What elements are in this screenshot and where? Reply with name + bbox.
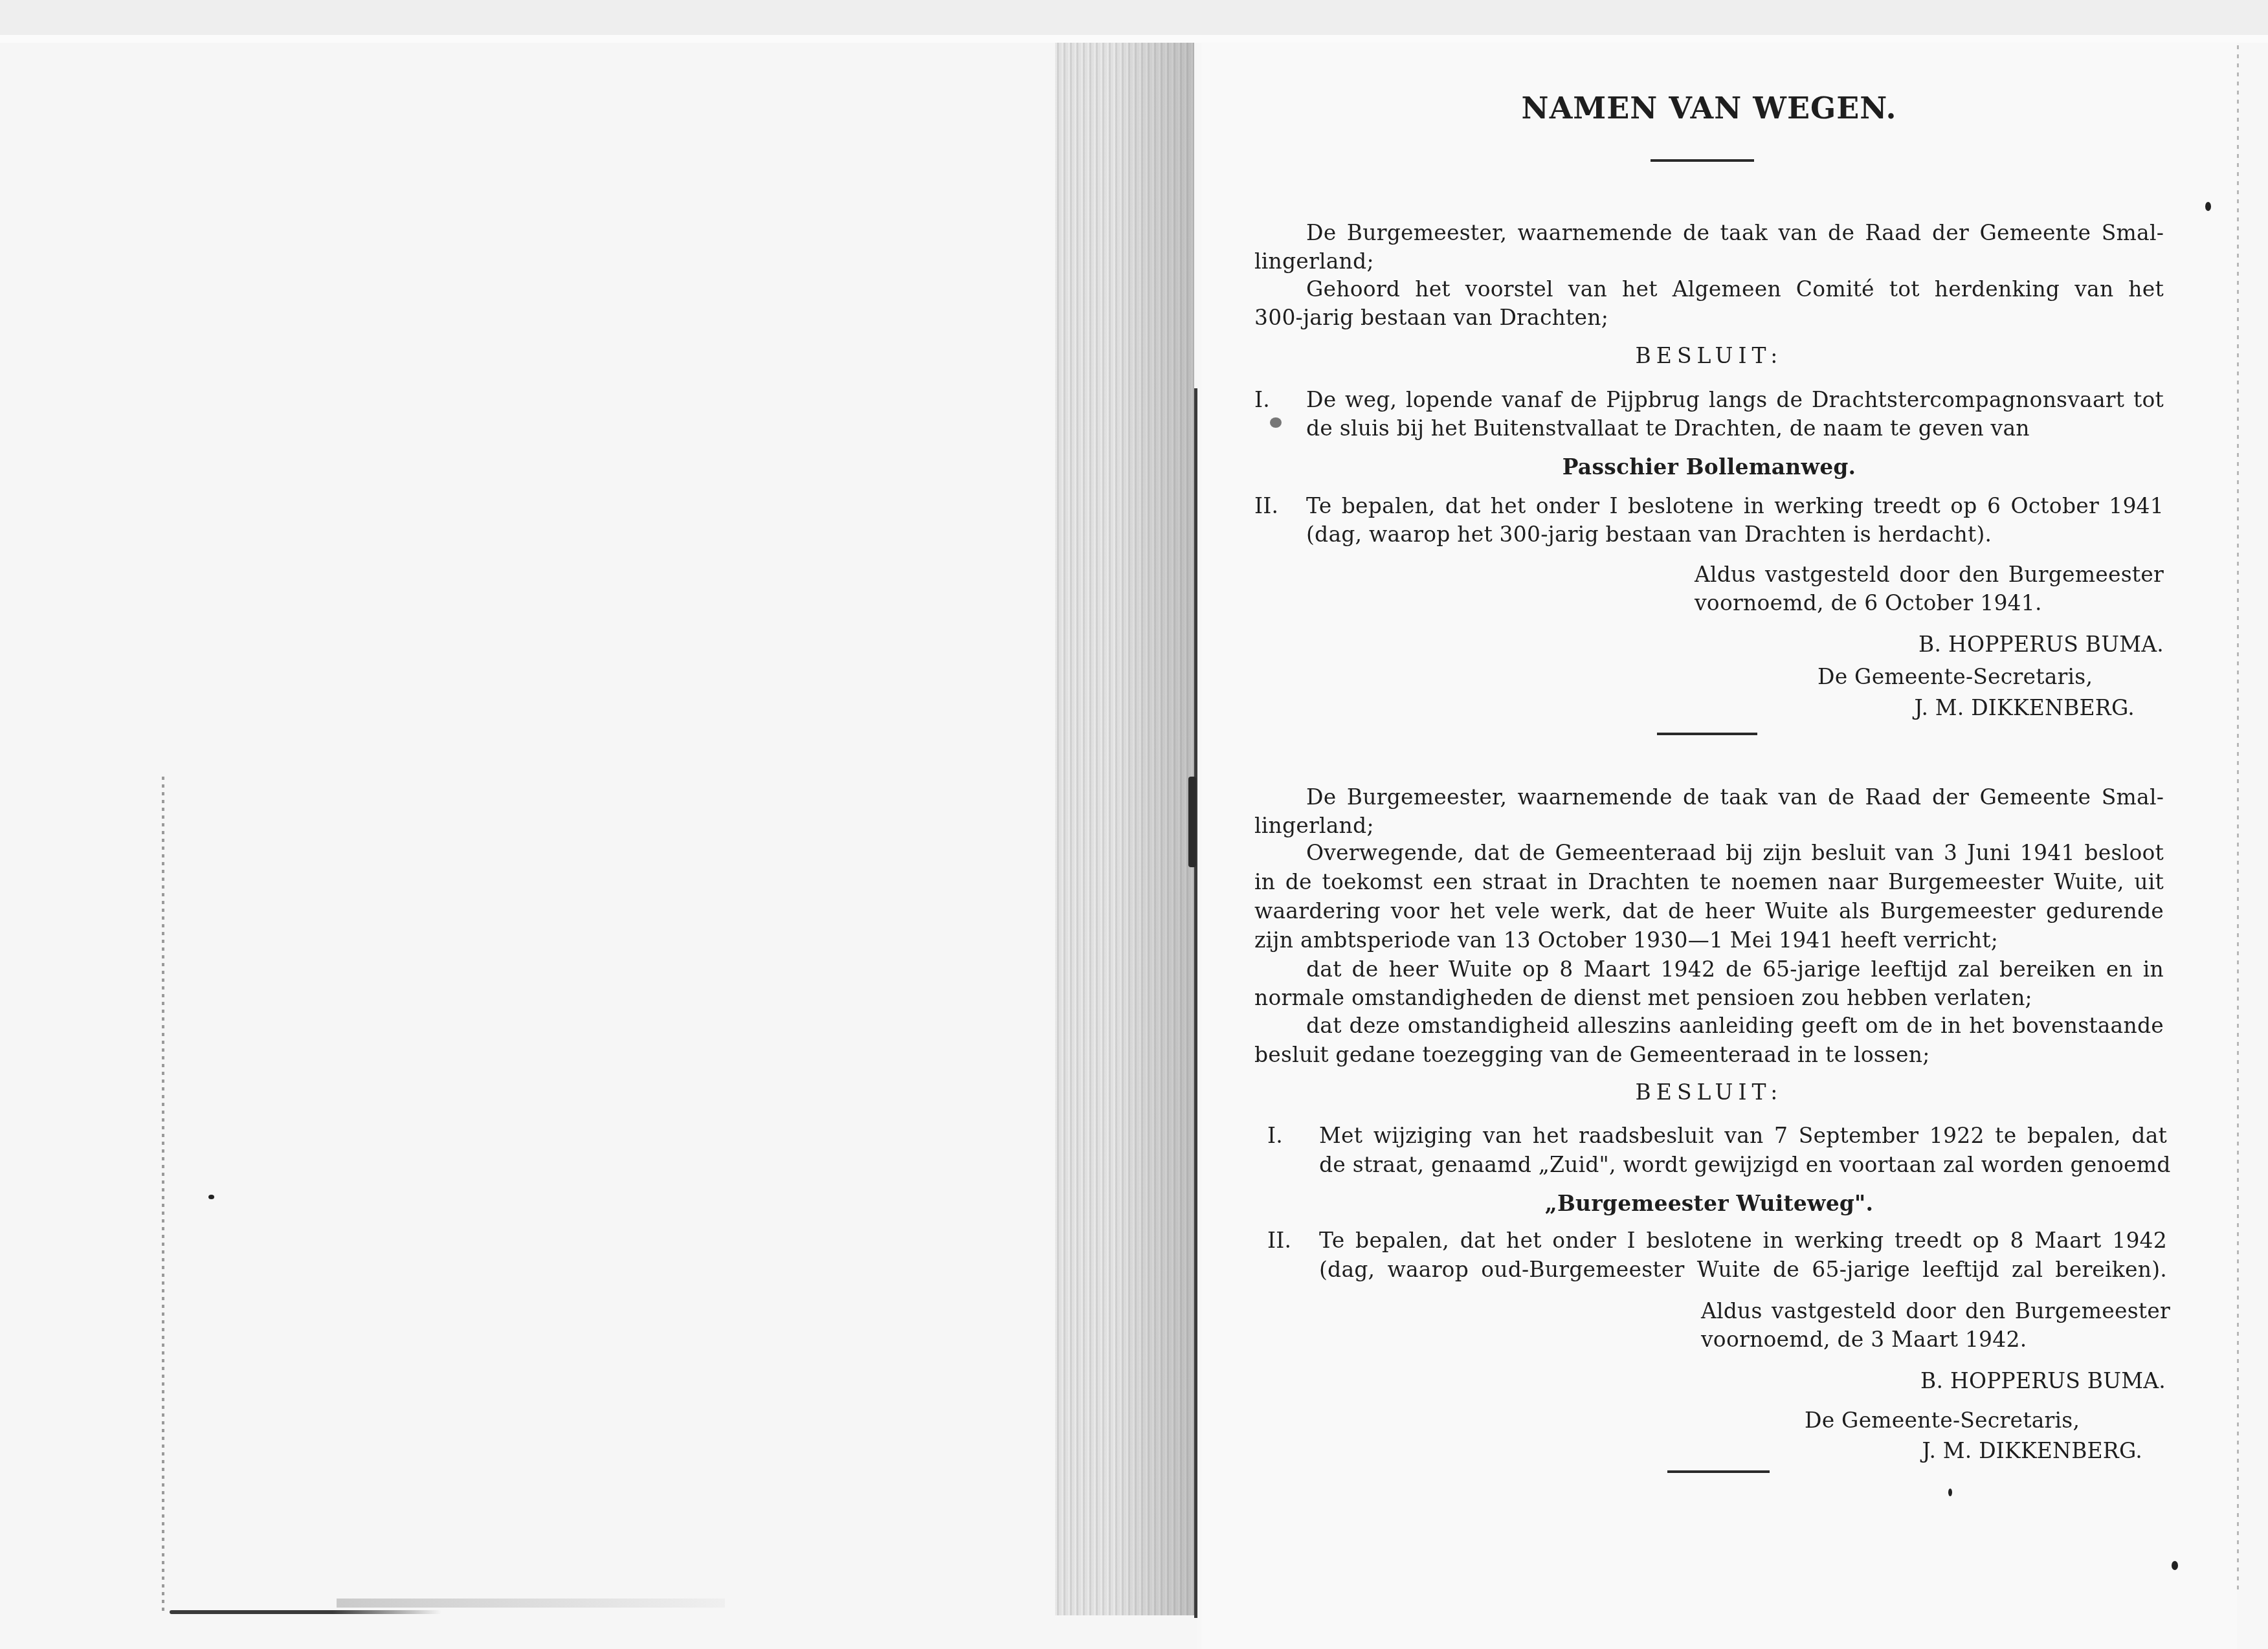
left-page-bottom-line: [170, 1610, 441, 1614]
closing-rule: [1667, 1470, 1770, 1473]
enacted-line: Aldus vastgesteld door den Burgemeester: [1695, 560, 2164, 589]
item-line: de sluis bij het Buitenstvallaat te Drac…: [1306, 414, 2164, 443]
page-title: NAMEN VAN WEGEN.: [1254, 91, 2164, 126]
title-rule: [1651, 159, 1754, 162]
preamble-line: besluit gedane toezegging van de Gemeent…: [1254, 1041, 2164, 1069]
item-number: II.: [1267, 1226, 1319, 1255]
secretary-title: De Gemeente-Secretaris,: [1805, 1406, 2128, 1435]
item-line: Te bepalen, dat het onder I beslotene in…: [1319, 1226, 2167, 1255]
book-spine-edge: [1194, 388, 1197, 1618]
left-page-border-line: [162, 777, 164, 1611]
road-name: „Burgemeester Wuiteweg".: [1254, 1190, 2164, 1218]
preamble-line: 300-jarig bestaan van Drachten;: [1254, 304, 2164, 332]
mayor-signature: B. HOPPERUS BUMA.: [1254, 1367, 2166, 1395]
speck: [208, 1195, 214, 1199]
secretary-signature: J. M. DIKKENBERG.: [1254, 1437, 2142, 1465]
item-line: De weg, lopende vanaf de Pijpbrug langs …: [1306, 386, 2164, 414]
item-number: I.: [1267, 1122, 1319, 1150]
enacted-line: Aldus vastgesteld door den Burgemeester: [1701, 1297, 2170, 1325]
preamble-line: dat de heer Wuite op 8 Maart 1942 de 65-…: [1254, 955, 2164, 984]
item-number: I.: [1254, 386, 1306, 414]
besluit-heading: BESLUIT:: [1254, 342, 2164, 370]
preamble-line: Overwegende, dat de Gemeenteraad bij zij…: [1254, 839, 2164, 867]
speck: [1948, 1489, 1952, 1496]
item-line: de straat, genaamd „Zuid", wordt gewijzi…: [1319, 1151, 2167, 1179]
preamble-line: normale omstandigheden de dienst met pen…: [1254, 984, 2164, 1012]
item-line: Met wijziging van het raadsbesluit van 7…: [1319, 1122, 2167, 1150]
preamble-line: lingerland;: [1254, 247, 2164, 276]
secretary-signature: J. M. DIKKENBERG.: [1254, 694, 2135, 722]
enacted-line: voornoemd, de 3 Maart 1942.: [1701, 1325, 2170, 1354]
item-line: (dag, waarop het 300-jarig bestaan van D…: [1306, 520, 2164, 549]
preamble-line: De Burgemeester, waarnemende de taak van…: [1254, 219, 2164, 247]
scan-top-band: [0, 0, 2268, 35]
mayor-signature: B. HOPPERUS BUMA.: [1254, 630, 2164, 659]
item-line: Te bepalen, dat het onder I beslotene in…: [1306, 492, 2164, 520]
speck: [2205, 202, 2211, 211]
spine-tear-mark: [1188, 777, 1196, 867]
punch-hole-mark: [1270, 417, 1282, 428]
preamble-line: lingerland;: [1254, 812, 2164, 840]
left-page-smudge: [337, 1599, 725, 1608]
preamble-line: zijn ambtsperiode van 13 October 1930—1 …: [1254, 926, 2164, 955]
right-page-edge: [2237, 45, 2239, 1592]
section-rule: [1657, 733, 1757, 735]
book-spine-gradient: [1113, 43, 1194, 1615]
preamble-line: De Burgemeester, waarnemende de taak van…: [1254, 783, 2164, 812]
besluit-heading: BESLUIT:: [1254, 1078, 2164, 1107]
preamble-line: dat deze omstandigheid alleszins aanleid…: [1254, 1012, 2164, 1040]
paper-top-edge: [0, 35, 2268, 43]
road-name: Passchier Bollemanweg.: [1254, 453, 2164, 481]
item-number: II.: [1254, 492, 1306, 520]
preamble-line: waardering voor het vele werk, dat de he…: [1254, 897, 2164, 925]
secretary-title: De Gemeente-Secretaris,: [1818, 663, 2141, 691]
enacted-line: voornoemd, de 6 October 1941.: [1695, 589, 2164, 617]
speck: [2172, 1561, 2178, 1570]
item-line: (dag, waarop oud-Burgemeester Wuite de 6…: [1319, 1256, 2167, 1284]
preamble-line: Gehoord het voorstel van het Algemeen Co…: [1254, 275, 2164, 304]
left-page-blank: [0, 43, 1197, 1649]
preamble-line: in de toekomst een straat in Drachten te…: [1254, 868, 2164, 896]
